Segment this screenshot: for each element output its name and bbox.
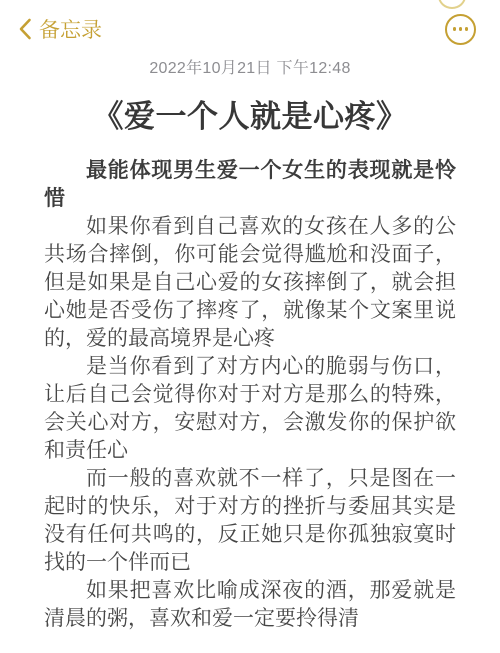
notes-app-screen: 备忘录 2022年10月21日 下午12:48 《爱一个人就是心疼》 最能体现男… [0,0,500,653]
note-title[interactable]: 《爱一个人就是心疼》 [0,91,500,136]
note-paragraph[interactable]: 是当你看到了对方内心的脆弱与伤口，让后自己会觉得你对于对方是那么的特殊，会关心对… [44,353,456,465]
note-paragraph[interactable]: 最能体现男生爱一个女生的表现就是怜惜 [44,157,456,213]
note-paragraph[interactable]: 如果你看到自己喜欢的女孩在人多的公共场合摔倒，你可能会觉得尴尬和没面子，但是如果… [44,213,456,353]
note-timestamp: 2022年10月21日 下午12:48 [0,55,500,78]
more-options-button[interactable] [445,14,476,45]
back-button[interactable]: 备忘录 [18,14,102,44]
ellipsis-icon [459,27,463,31]
ellipsis-icon [465,27,469,31]
back-chevron-icon [18,18,32,40]
note-paragraph[interactable]: 如果把喜欢比喻成深夜的酒，那爱就是清晨的粥，喜欢和爱一定要拎得清 [44,577,456,633]
note-paragraph[interactable]: 而一般的喜欢就不一样了，只是图在一起时的快乐，对于对方的挫折与委屈其实是没有任何… [44,465,456,577]
note-body-editor[interactable]: 最能体现男生爱一个女生的表现就是怜惜 如果你看到自己喜欢的女孩在人多的公共场合摔… [0,157,500,633]
ellipsis-icon [453,27,457,31]
back-label: 备忘录 [39,14,102,44]
navbar: 备忘录 [0,0,500,45]
